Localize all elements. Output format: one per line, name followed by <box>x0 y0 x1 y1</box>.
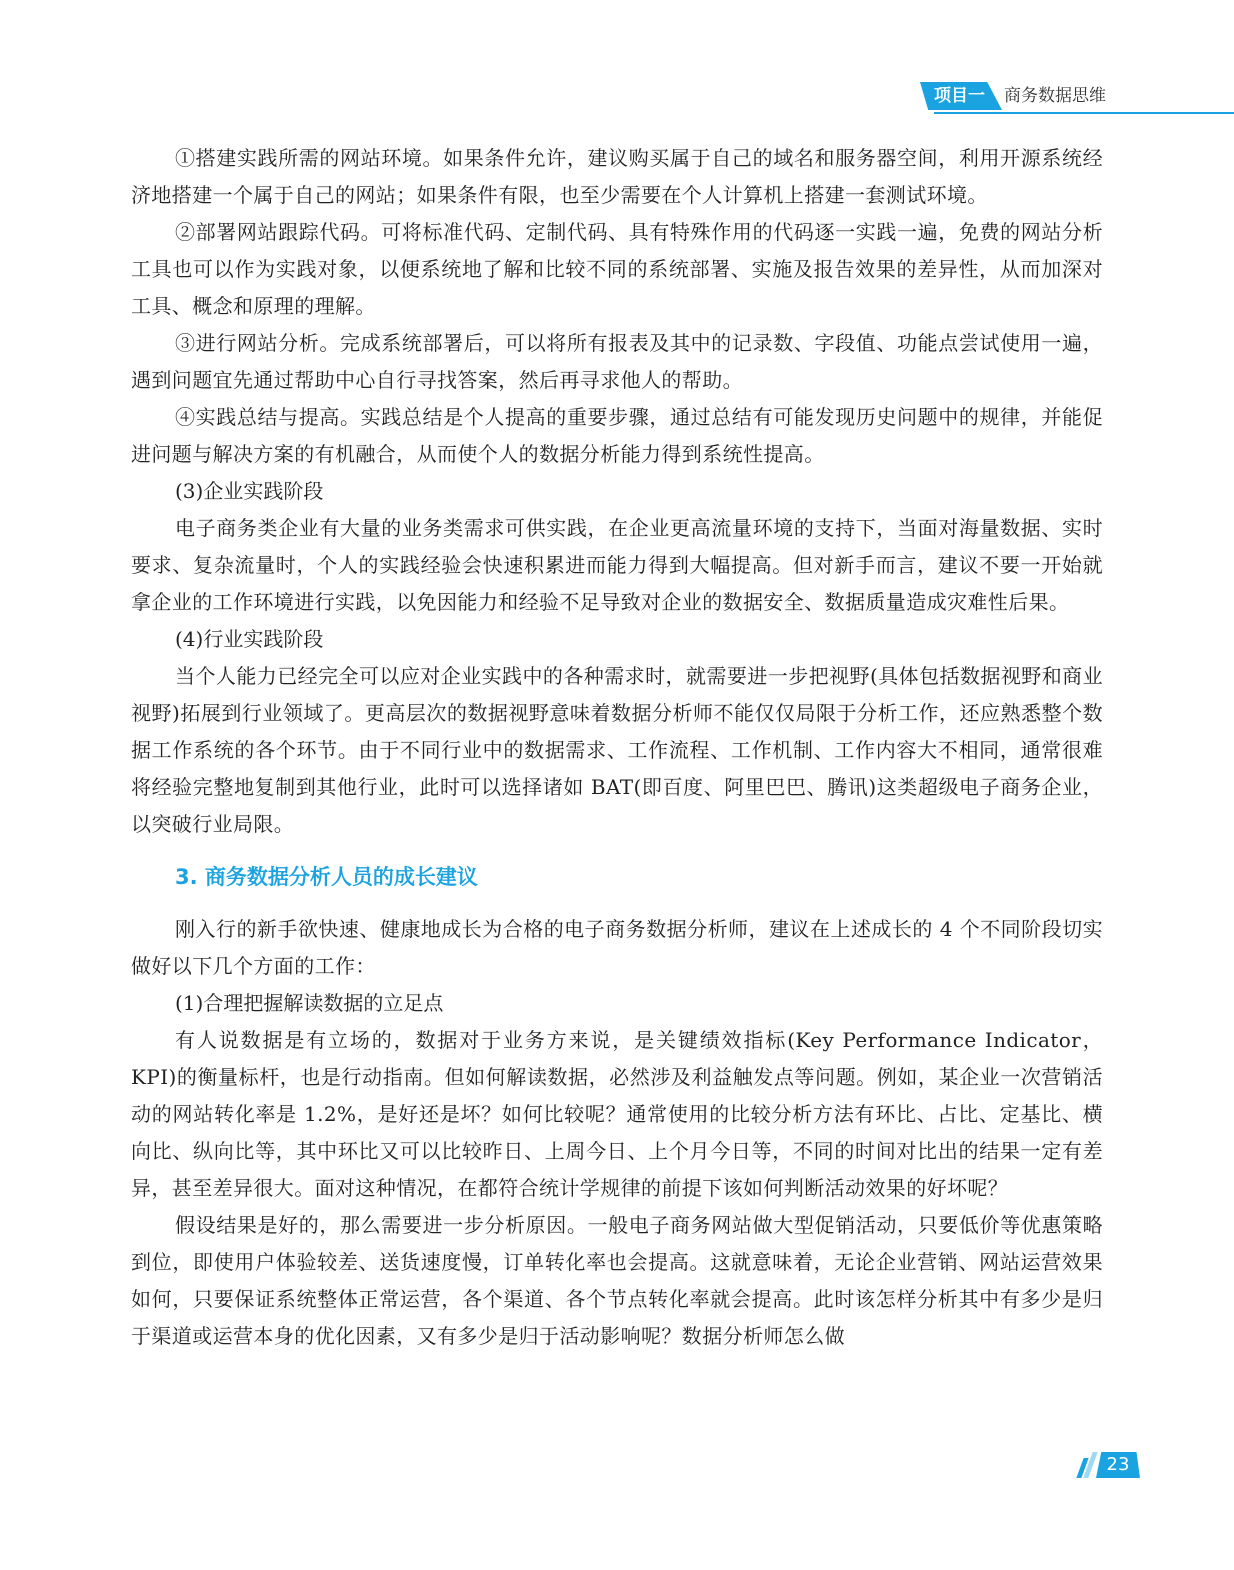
chapter-title: 商务数据思维 <box>1004 84 1106 108</box>
subheading-industry-stage: (4)行业实践阶段 <box>131 621 1103 658</box>
paragraph-step-4: ④实践总结与提高。实践总结是个人提高的重要步骤，通过总结有可能发现历史问题中的规… <box>131 399 1103 473</box>
paragraph-step-2: ②部署网站跟踪代码。可将标准代码、定制代码、具有特殊作用的代码逐一实践一遍，免费… <box>131 214 1103 325</box>
subheading-enterprise-stage: (3)企业实践阶段 <box>131 473 1103 510</box>
paragraph-data-standpoint: 有人说数据是有立场的，数据对于业务方来说，是关键绩效指标(Key Perform… <box>131 1022 1103 1207</box>
project-tag: 项目一 <box>920 82 1002 110</box>
page-number-badge: 23 <box>1080 1452 1140 1478</box>
paragraph-industry-stage: 当个人能力已经完全可以应对企业实践中的各种需求时，就需要进一步把视野(具体包括数… <box>131 658 1103 843</box>
paragraph-analysis-cause: 假设结果是好的，那么需要进一步分析原因。一般电子商务网站做大型促销活动，只要低价… <box>131 1207 1103 1355</box>
header-rule <box>934 112 1234 114</box>
page-header: 项目一 商务数据思维 <box>920 82 1234 114</box>
page-number: 23 <box>1096 1452 1140 1478</box>
paragraph-step-3: ③进行网站分析。完成系统部署后，可以将所有报表及其中的记录数、字段值、功能点尝试… <box>131 325 1103 399</box>
paragraph-growth-intro: 刚入行的新手欲快速、健康地成长为合格的电子商务数据分析师，建议在上述成长的 4 … <box>131 911 1103 985</box>
paragraph-step-1: ①搭建实践所需的网站环境。如果条件允许，建议购买属于自己的域名和服务器空间，利用… <box>131 140 1103 214</box>
paragraph-enterprise-stage: 电子商务类企业有大量的业务类需求可供实践，在企业更高流量环境的支持下，当面对海量… <box>131 510 1103 621</box>
subheading-data-standpoint: (1)合理把握解读数据的立足点 <box>131 985 1103 1022</box>
section-title: 3. 商务数据分析人员的成长建议 <box>175 857 1103 897</box>
page-body: ①搭建实践所需的网站环境。如果条件允许，建议购买属于自己的域名和服务器空间，利用… <box>131 140 1103 1355</box>
